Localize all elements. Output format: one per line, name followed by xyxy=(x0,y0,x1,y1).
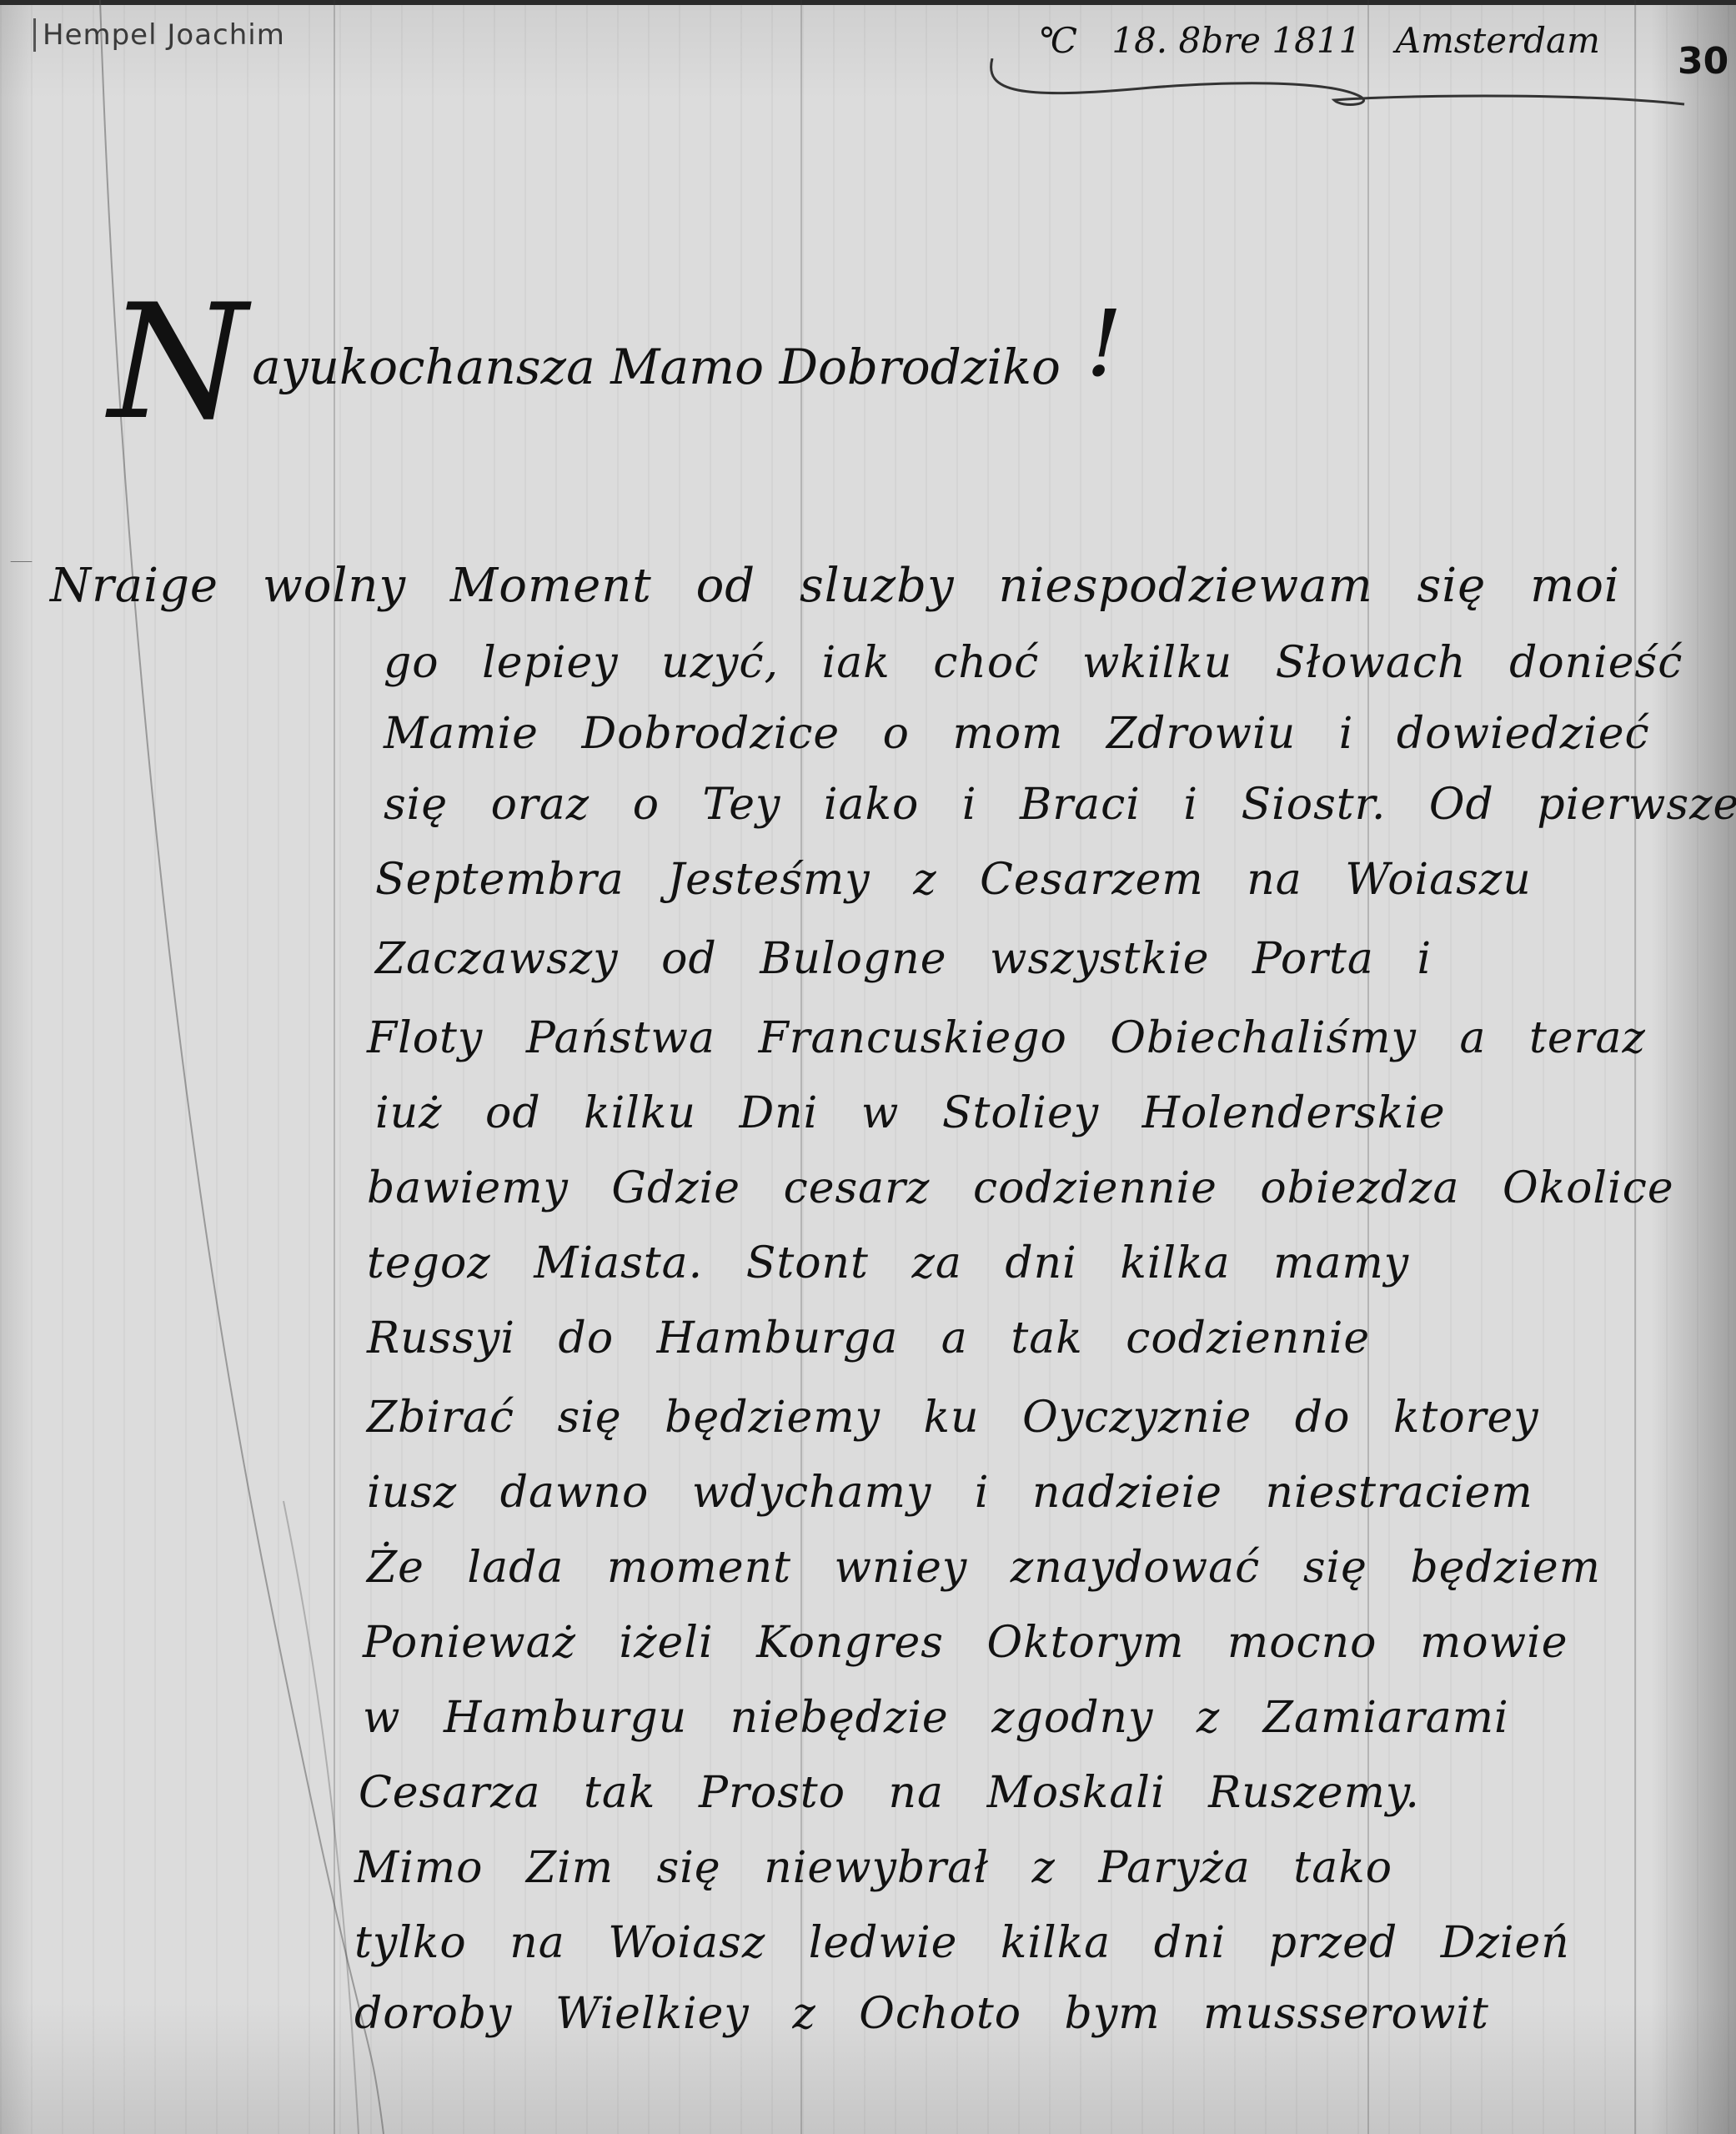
letter-line: Zaczawszy od Bulogne wszystkie Porta i xyxy=(375,934,1432,984)
letter-date: 18. 8bre 1811 xyxy=(1111,20,1361,61)
letter-line: Floty Państwa Francuskiego Obiechaliśmy … xyxy=(367,1013,1646,1063)
letter-line: go lepiey uzyć, iak choć wkilku Słowach … xyxy=(384,638,1683,688)
letter-line: Septembra Jesteśmy z Cesarzem na Woiaszu xyxy=(375,855,1532,905)
letter-page: Hempel Joachim ℃ 18. 8bre 1811 Amsterdam… xyxy=(0,0,1736,2134)
letter-line: iuż od kilku Dni w Stoliey Holenderskie xyxy=(375,1088,1446,1138)
margin-mark: ⸺ xyxy=(10,550,33,570)
letter-line: Mimo Zim się niewybrał z Paryża tako xyxy=(354,1843,1392,1893)
letter-line: doroby Wielkiey z Ochoto bym mussserowit xyxy=(354,1989,1489,2039)
dateline-flourish xyxy=(984,58,1701,108)
letter-line: się oraz o Tey iako i Braci i Siostr. Od… xyxy=(384,780,1736,830)
letter-line: tegoz Miasta. Stont za dni kilka mamy xyxy=(367,1238,1409,1288)
salutation: Nayukochansza Mamo Dobrodziko! xyxy=(108,284,1122,442)
letter-line: Nraige wolny Moment od sluzby niespodzie… xyxy=(50,559,1620,613)
letter-dateline: ℃ 18. 8bre 1811 Amsterdam xyxy=(1038,20,1600,61)
letter-line: bawiemy Gdzie cesarz codziennie obiezdza… xyxy=(367,1163,1674,1213)
page-number: 30 xyxy=(1678,40,1728,83)
scan-edge xyxy=(0,0,1736,5)
salutation-exclamation: ! xyxy=(1086,290,1122,397)
salutation-initial: N xyxy=(108,270,247,454)
letter-place: Amsterdam xyxy=(1396,20,1600,61)
letter-line: Cesarza tak Prosto na Moskali Ruszemy. xyxy=(359,1768,1420,1818)
ruling-line xyxy=(1634,0,1636,2134)
dateline-prefix: ℃ xyxy=(1038,20,1077,61)
letter-line: w Hamburgu niebędzie zgodny z Zamiarami xyxy=(363,1693,1509,1743)
salutation-text: ayukochansza Mamo Dobrodziko xyxy=(252,339,1061,395)
letter-line: Ponieważ iżeli Kongres Oktorym mocno mow… xyxy=(363,1618,1568,1668)
letter-line: Mamie Dobrodzice o mom Zdrowiu i dowiedz… xyxy=(384,709,1650,759)
letter-line: tylko na Woiasz ledwie kilka dni przed D… xyxy=(354,1918,1570,1968)
letter-line: iusz dawno wdychamy i nadzieie niestraci… xyxy=(367,1468,1533,1518)
letter-line: Że lada moment wniey znaydować się będzi… xyxy=(367,1543,1601,1593)
letter-line: Russyi do Hamburga a tak codziennie xyxy=(367,1313,1370,1363)
archive-label: Hempel Joachim xyxy=(33,18,285,52)
letter-line: Zbirać się będziemy ku Oyczyznie do ktor… xyxy=(367,1393,1539,1443)
